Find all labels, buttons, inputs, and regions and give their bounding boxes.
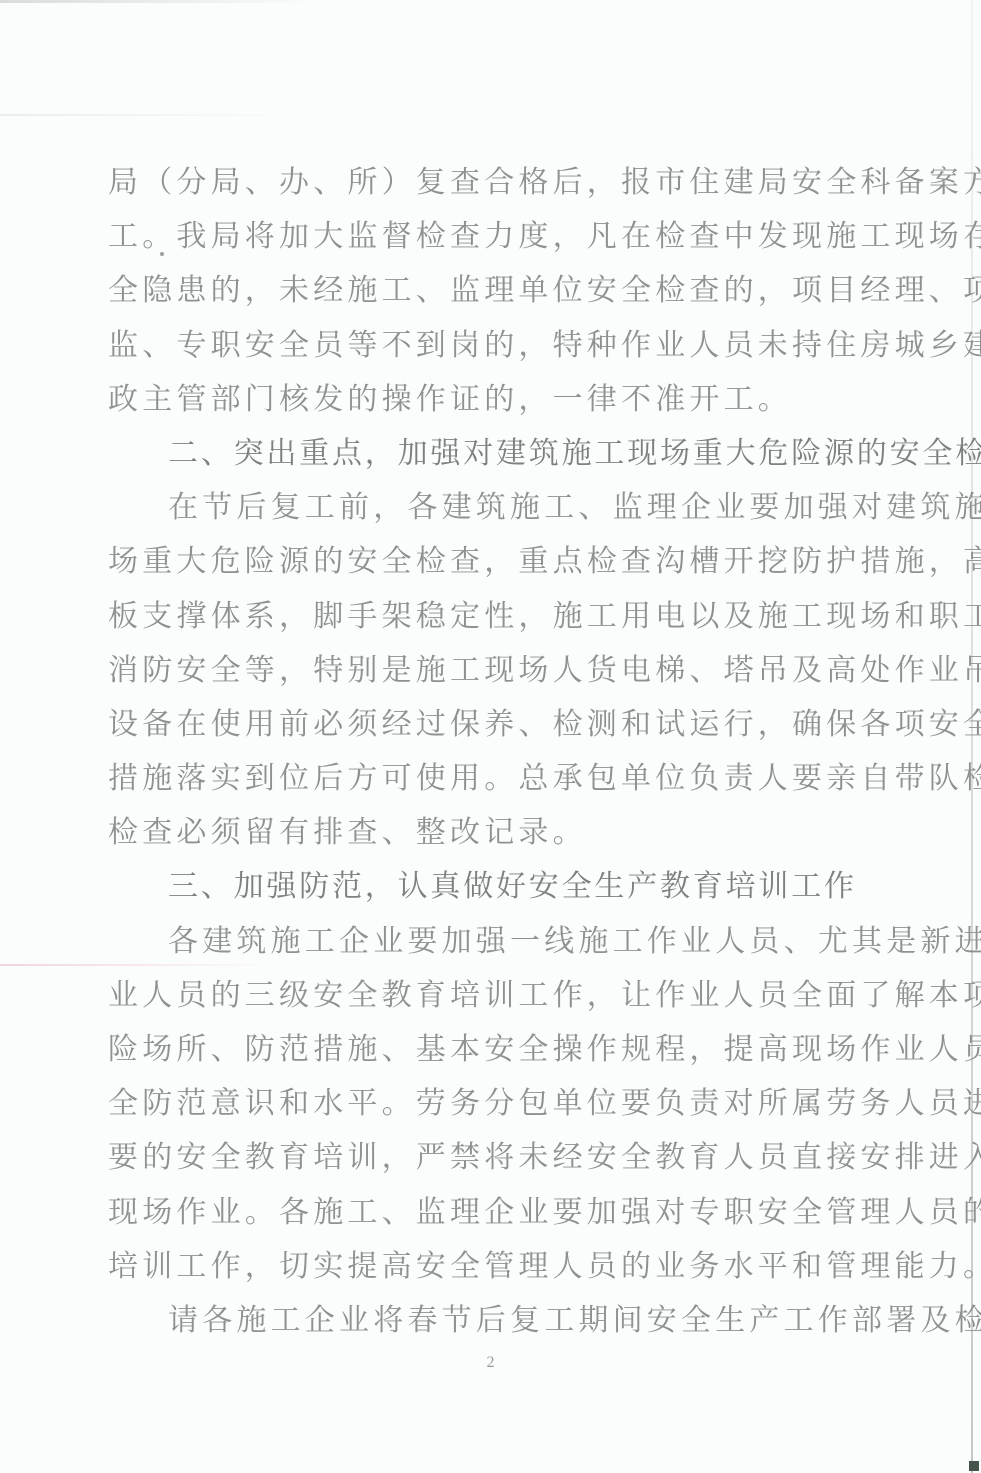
heading-text: 三、加强防范，认真做好安全生产教育培训工作 xyxy=(108,860,878,914)
heading-text: 二、突出重点，加强对建筑施工现场重大危险源的安全检查 xyxy=(108,427,878,481)
text-line: 工。我局将加大监督检查力度，凡在检查中发现施工现场存在安 xyxy=(108,210,878,264)
text-line: 场重大危险源的安全检查，重点检查沟槽开挖防护措施，高大模 xyxy=(108,535,878,589)
text-line: 板支撑体系，脚手架稳定性，施工用电以及施工现场和职工宿舍 xyxy=(108,590,878,644)
text-line: 业人员的三级安全教育培训工作，让作业人员全面了解本项目危 xyxy=(108,969,878,1023)
text-line: 现场作业。各施工、监理企业要加强对专职安全管理人员的业务 xyxy=(108,1186,878,1240)
text-line: 消防安全等，特别是施工现场人货电梯、塔吊及高处作业吊篮等 xyxy=(108,644,878,698)
page-number: 2 xyxy=(0,1354,981,1372)
text-line: 各建筑施工企业要加强一线施工作业人员、尤其是新进场作 xyxy=(108,915,878,969)
text-line: 要的安全教育培训，严禁将未经安全教育人员直接安排进入施工 xyxy=(108,1131,878,1185)
paragraph-continued: 局（分局、办、所）复查合格后，报市住建局安全科备案方可复 工。我局将加大监督检查… xyxy=(108,156,878,427)
text-line: 检查必须留有排查、整改记录。 xyxy=(108,806,878,860)
text-line: 监、专职安全员等不到岗的，特种作业人员未持住房城乡建设行 xyxy=(108,319,878,373)
paragraph-closing-request: 请各施工企业将春节后复工期间安全生产工作部署及检查 xyxy=(108,1294,878,1348)
text-line: 全防范意识和水平。劳务分包单位要负责对所属劳务人员进行必 xyxy=(108,1077,878,1131)
text-line: 措施落实到位后方可使用。总承包单位负责人要亲自带队检查， xyxy=(108,752,878,806)
text-line: 在节后复工前，各建筑施工、监理企业要加强对建筑施工现 xyxy=(108,481,878,535)
section-heading-3: 三、加强防范，认真做好安全生产教育培训工作 xyxy=(108,860,878,914)
text-line: 全隐患的，未经施工、监理单位安全检查的，项目经理、项目总 xyxy=(108,264,878,318)
paragraph-hazard-inspection: 在节后复工前，各建筑施工、监理企业要加强对建筑施工现 场重大危险源的安全检查，重… xyxy=(108,481,878,860)
text-line: 请各施工企业将春节后复工期间安全生产工作部署及检查 xyxy=(108,1294,878,1348)
text-line: 培训工作，切实提高安全管理人员的业务水平和管理能力。 xyxy=(108,1240,878,1294)
document-body: 局（分局、办、所）复查合格后，报市住建局安全科备案方可复 工。我局将加大监督检查… xyxy=(108,156,878,1348)
text-line: 设备在使用前必须经过保养、检测和试运行，确保各项安全防护 xyxy=(108,698,878,752)
text-line: 险场所、防范措施、基本安全操作规程，提高现场作业人员的安 xyxy=(108,1023,878,1077)
section-heading-2: 二、突出重点，加强对建筑施工现场重大危险源的安全检查 xyxy=(108,427,878,481)
scan-corner-mark xyxy=(969,1461,979,1471)
text-line: 政主管部门核发的操作证的，一律不准开工。 xyxy=(108,373,878,427)
scan-artifact-top-streak xyxy=(0,0,320,3)
paragraph-safety-training: 各建筑施工企业要加强一线施工作业人员、尤其是新进场作 业人员的三级安全教育培训工… xyxy=(108,915,878,1294)
scan-artifact-mid-streak xyxy=(0,114,310,116)
text-line: 局（分局、办、所）复查合格后，报市住建局安全科备案方可复 xyxy=(108,156,878,210)
